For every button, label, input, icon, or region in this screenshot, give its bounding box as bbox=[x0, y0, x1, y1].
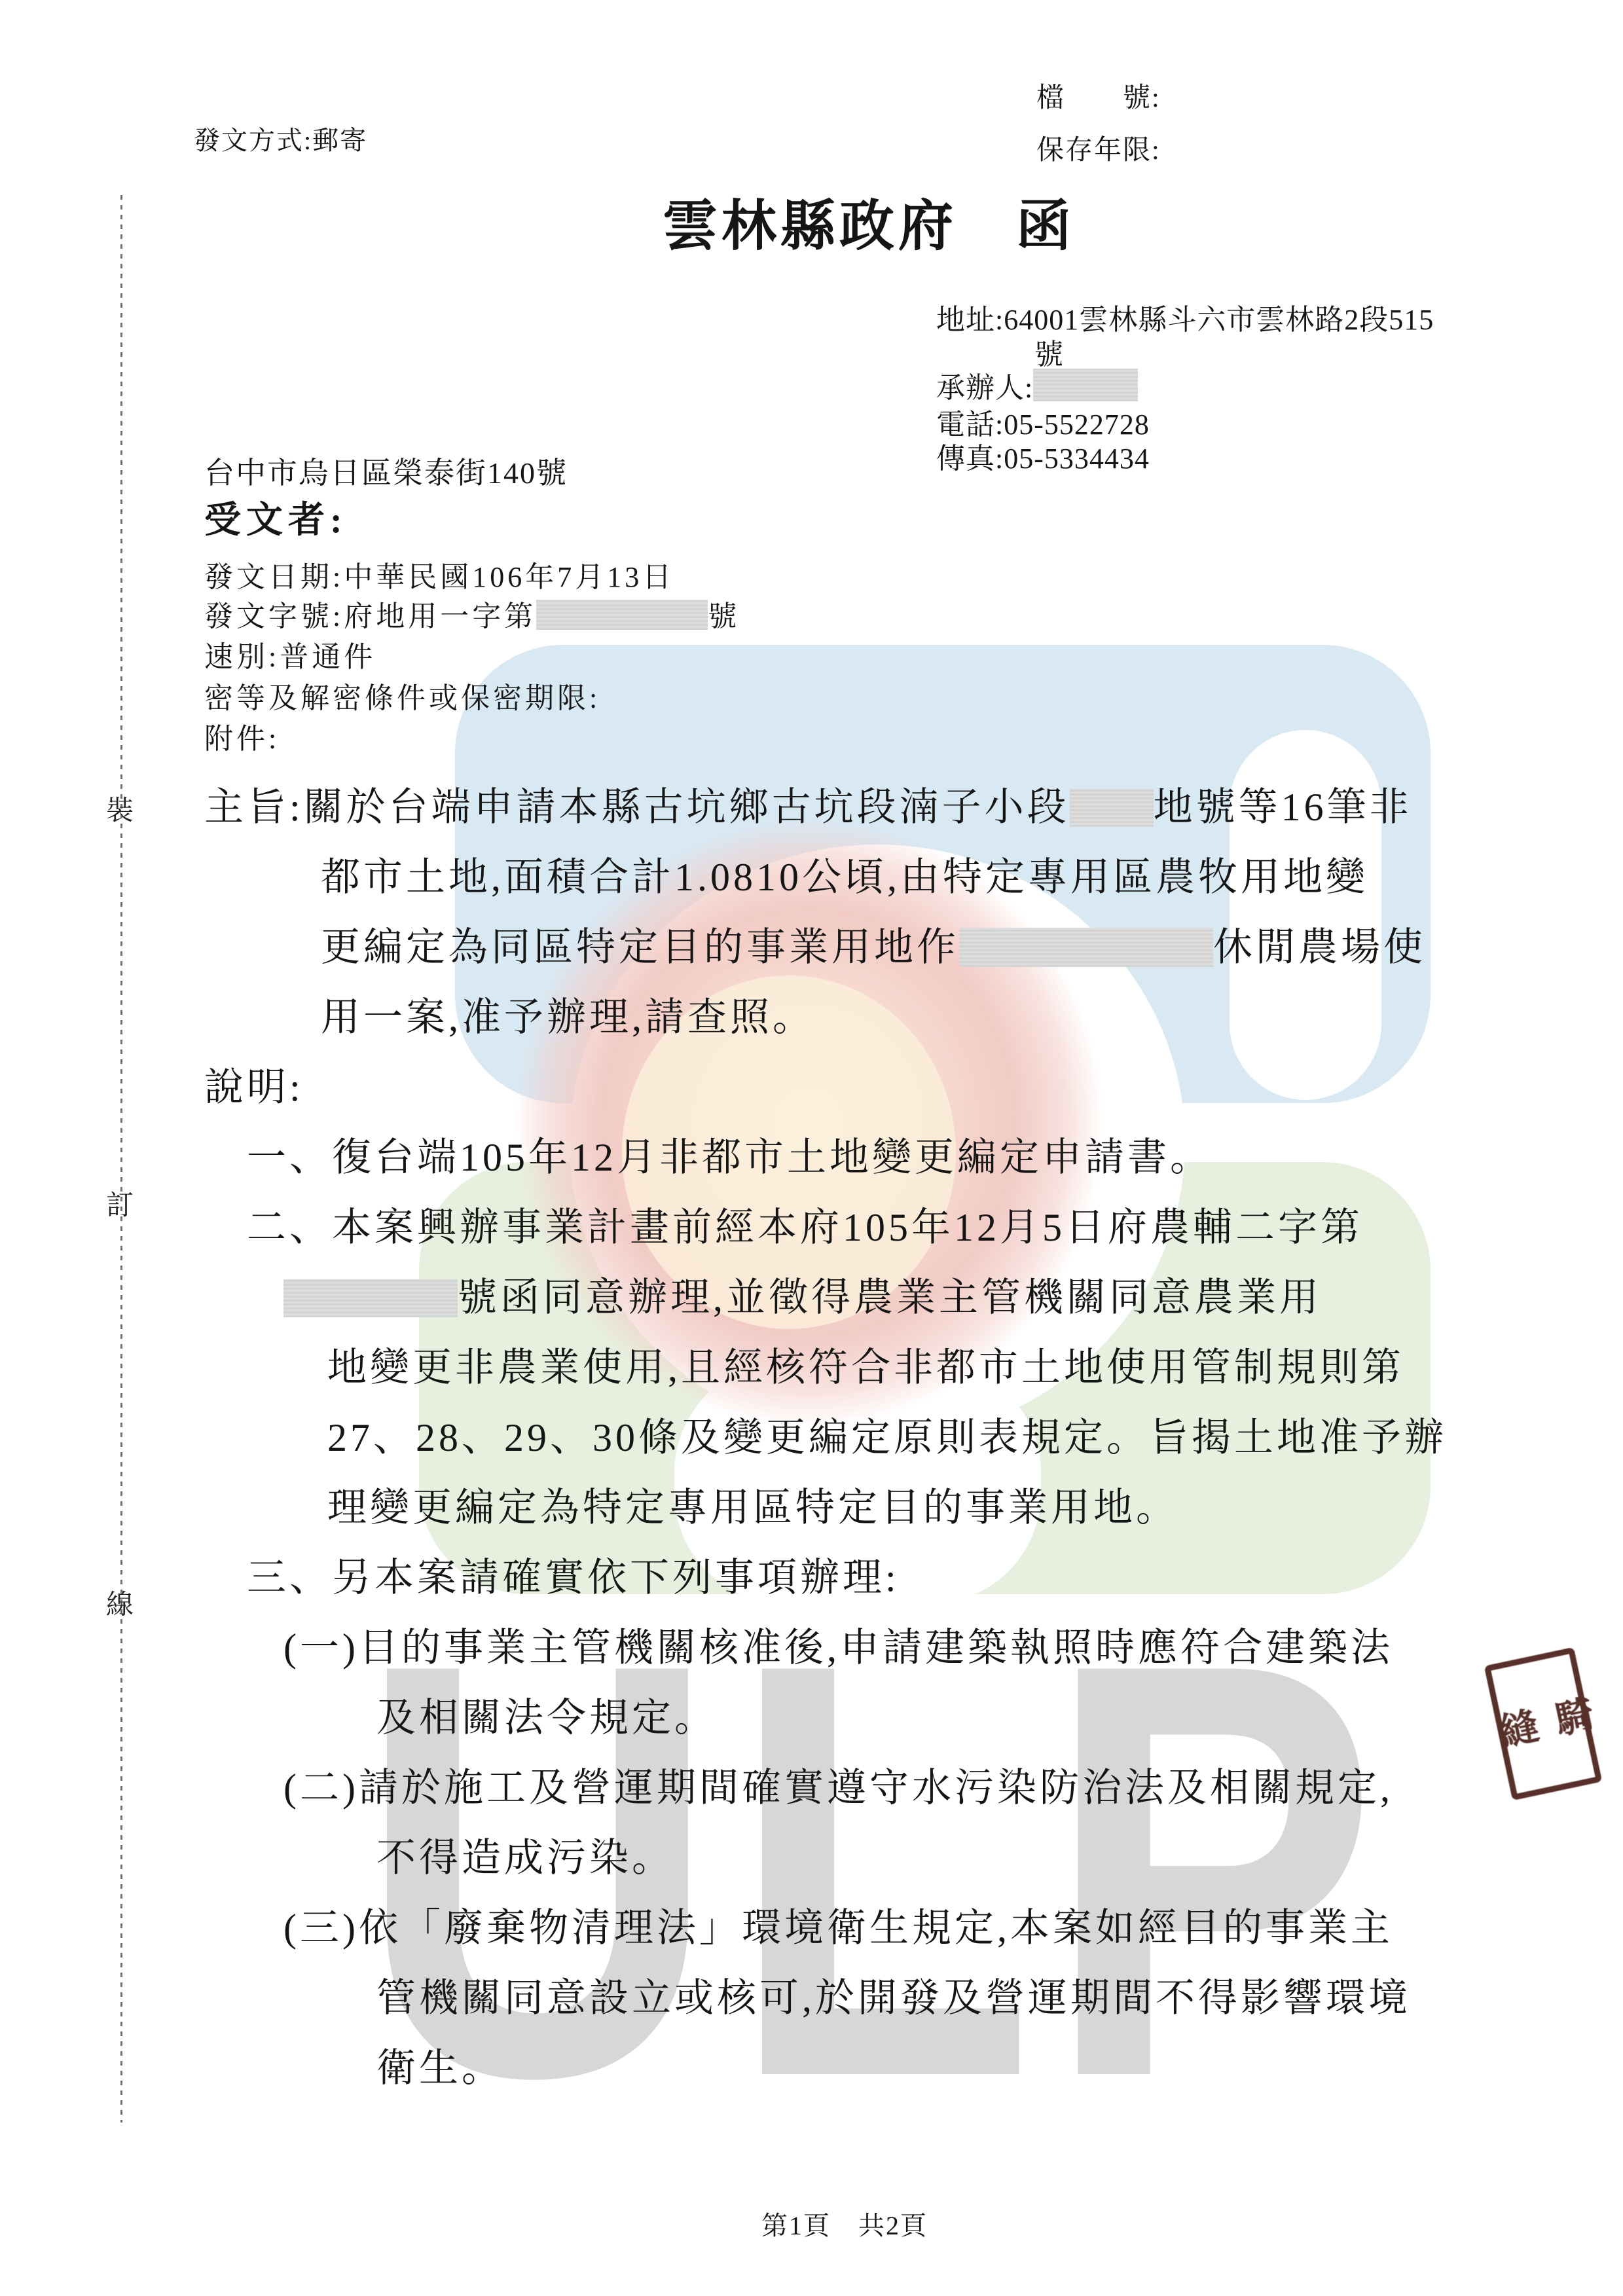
meta-speed: 速別:普通件 bbox=[204, 633, 376, 675]
scanned-official-letter-page: { "page": { "dispatch_method": "發文方式:郵寄"… bbox=[0, 0, 1623, 2296]
item-3-1-line-1: (一)目的事業主管機關核准後,申請建築執照時應符合建築法 bbox=[283, 1616, 1393, 1673]
item-3-3-line-3: 衛生。 bbox=[376, 2037, 504, 2093]
item-3-3-line-2: 管機關同意設立或核可,於開發及營運期間不得影響環境 bbox=[376, 1967, 1411, 2023]
redaction-box bbox=[536, 600, 708, 630]
recipient-street-address: 台中市烏日區榮泰街140號 bbox=[204, 449, 568, 492]
sender-contact-person: 承辦人: bbox=[936, 364, 1138, 406]
footer-page-info: 第1頁 共2頁 bbox=[761, 2205, 928, 2242]
binding-mark-zhuang: 裝 bbox=[106, 789, 134, 828]
explanation-label: 說明: bbox=[204, 1056, 304, 1112]
explanation-item-2-line-5: 理變更編定為特定專用區特定目的事業用地。 bbox=[327, 1476, 1178, 1533]
item-3-2-line-2: 不得造成污染。 bbox=[376, 1827, 674, 1883]
explanation-item-3: 三、另本案請確實依下列事項辦理: bbox=[247, 1546, 900, 1603]
binding-dotted-line bbox=[120, 195, 122, 2123]
explanation-item-2-line-3: 地變更非農業使用,且經核符合非都市土地使用管制規則第 bbox=[327, 1336, 1404, 1393]
explanation-item-1: 一、復台端105年12月非都市土地變更編定申請書。 bbox=[247, 1126, 1213, 1182]
redaction-box bbox=[959, 928, 1213, 967]
meta-reference-number: 發文字號:府地用一字第號 bbox=[204, 592, 740, 634]
sender-address-line1: 地址:64001雲林縣斗六市雲林路2段515 bbox=[936, 296, 1434, 338]
redaction-box bbox=[283, 1279, 458, 1317]
recipient-label: 受文者: bbox=[204, 491, 348, 543]
binding-mark-xian: 線 bbox=[106, 1583, 134, 1622]
file-number-label: 檔 號: bbox=[1036, 76, 1161, 115]
retention-label: 保存年限: bbox=[1036, 128, 1161, 168]
meta-dispatch-date: 發文日期:中華民國106年7月13日 bbox=[204, 553, 674, 595]
meta-security: 密等及解密條件或保密期限: bbox=[204, 674, 600, 716]
dispatch-method: 發文方式:郵寄 bbox=[194, 120, 367, 157]
subject-line-4: 用一案,准予辦理,請查照。 bbox=[321, 986, 815, 1042]
document-title: 雲林縣政府 函 bbox=[663, 182, 1075, 261]
explanation-item-2-line-1: 二、本案興辦事業計畫前經本府105年12月5日府農輔二字第 bbox=[247, 1196, 1363, 1252]
subject-line-3: 更編定為同區特定目的事業用地作休閒農場使 bbox=[321, 916, 1426, 972]
subject-line-2: 都市土地,面積合計1.0810公頃,由特定專用區農牧用地變 bbox=[321, 846, 1368, 902]
item-3-3-line-1: (三)依「廢棄物清理法」環境衛生規定,本案如經目的事業主 bbox=[283, 1897, 1393, 1953]
subject-label: 主旨: bbox=[204, 786, 304, 829]
contact-person-label: 承辦人: bbox=[936, 372, 1033, 404]
redaction-box bbox=[1070, 789, 1154, 827]
seal-char-left: 縫 bbox=[1484, 1704, 1546, 1755]
seal-char-right: 騎 bbox=[1540, 1692, 1602, 1743]
item-3-1-line-2: 及相關法令規定。 bbox=[376, 1686, 717, 1743]
redaction-box bbox=[1033, 369, 1138, 401]
explanation-item-2-line-4: 27、28、29、30條及變更編定原則表規定。旨揭土地准予辦 bbox=[327, 1406, 1447, 1463]
item-3-2-line-1: (二)請於施工及營運期間確實遵守水污染防治法及相關規定, bbox=[283, 1757, 1393, 1813]
meta-attachment: 附件: bbox=[204, 715, 280, 757]
explanation-item-2-line-2: 號函同意辦理,並徵得農業主管機關同意農業用 bbox=[283, 1266, 1322, 1322]
subject-line-1: 主旨:關於台端申請本縣古坑鄉古坑段湳子小段地號等16筆非 bbox=[204, 776, 1412, 832]
binding-mark-ding: 訂 bbox=[106, 1184, 134, 1223]
sender-fax: 傳真:05-5334434 bbox=[936, 435, 1150, 477]
